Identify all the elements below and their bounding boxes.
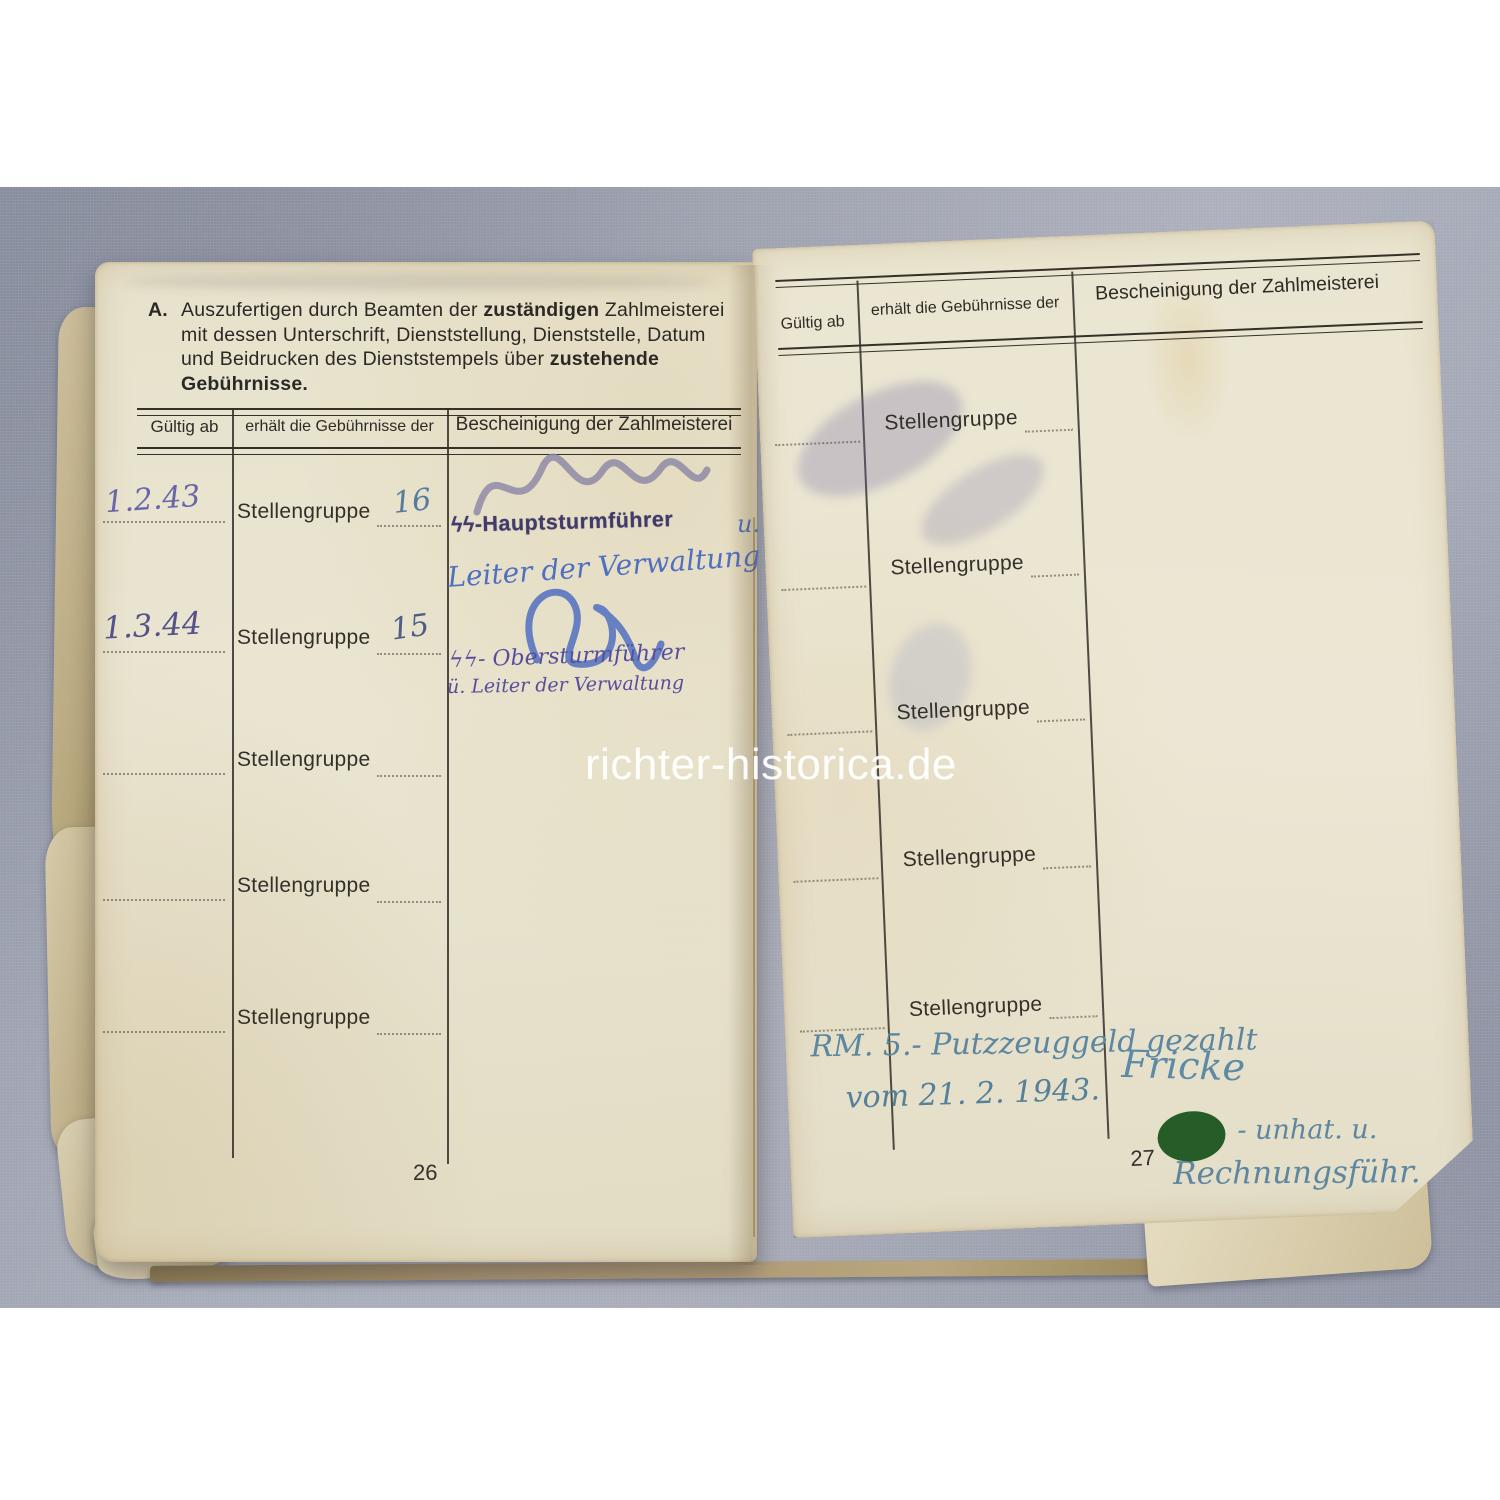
dotted-line (1049, 1014, 1097, 1019)
dotted-line (103, 1030, 225, 1033)
table-header-rule (778, 321, 1423, 356)
fold-crease (753, 517, 755, 1237)
dotted-line (1031, 573, 1079, 578)
dotted-line (377, 774, 441, 777)
watermark: richter-historica.de (585, 740, 957, 790)
column-header-bescheinigung: Bescheinigung der Zahlmeisterei (447, 414, 741, 436)
dotted-line (377, 652, 441, 655)
handwritten-title: ü. Leiter der Verwaltung (447, 672, 684, 698)
stellengruppe-label: Stellengruppe (896, 696, 1030, 726)
payment-note-line4: Rechnungsführ. (1173, 1154, 1421, 1192)
stellengruppe-label: Stellengruppe (902, 843, 1036, 873)
stellengruppe-label: Stellengruppe (909, 993, 1043, 1023)
stellengruppe-label: Stellengruppe (890, 551, 1024, 581)
stellengruppe-label: Stellengruppe (237, 626, 371, 650)
stellengruppe-label: Stellengruppe (884, 406, 1018, 436)
page-number-left: 26 (413, 1160, 437, 1186)
payment-note-line3: - unhat. u. (1237, 1114, 1377, 1146)
dotted-line (377, 524, 441, 527)
stellengruppe-label: Stellengruppe (237, 1006, 371, 1030)
column-header-gebuehrnisse: erhält die Gebührnisse der (857, 294, 1073, 321)
stellengruppe-label: Stellengruppe (237, 748, 371, 772)
column-header-bescheinigung: Bescheinigung der Zahlmeisterei (1072, 270, 1403, 307)
dotted-line (793, 876, 878, 883)
dotted-line (377, 1032, 441, 1035)
paragraph-label: A. (148, 298, 168, 323)
stellengruppe-label: Stellengruppe (237, 500, 371, 524)
dotted-line (377, 900, 441, 903)
instruction-paragraph: A. Auszufertigen durch Beamten der zustä… (148, 298, 744, 396)
column-header-gebuehrnisse: erhält die Gebührnisse der (232, 418, 447, 436)
column-divider (447, 408, 449, 1164)
stellengruppe-value: 15 (389, 608, 432, 648)
payment-note-line2: vom 21. 2. 1943. (845, 1072, 1100, 1115)
dotted-line (103, 650, 225, 653)
dotted-line (103, 898, 225, 901)
entry-date: 1.3.44 (102, 605, 202, 646)
dotted-line (103, 520, 225, 523)
ink-bleed-smudge (125, 274, 715, 290)
column-divider (1071, 272, 1109, 1139)
dotted-line (103, 772, 225, 775)
column-divider (232, 408, 234, 1158)
dotted-line (1043, 864, 1091, 869)
column-header-gueltig-ab: Gültig ab (137, 417, 232, 437)
dotted-line (781, 585, 866, 592)
page-number-right: 27 (1130, 1145, 1156, 1172)
stellengruppe-value: 16 (391, 482, 433, 521)
entry-date: 1.2.43 (104, 479, 202, 521)
dotted-line (1037, 717, 1085, 722)
dotted-line (1025, 428, 1073, 433)
photo-background: A. Auszufertigen durch Beamten der zustä… (0, 187, 1500, 1308)
payment-signature: Fricke (1121, 1042, 1246, 1089)
right-page: Gültig ab erhält die Gebührnisse der Bes… (752, 220, 1476, 1238)
dotted-line (787, 729, 872, 736)
stellengruppe-label: Stellengruppe (237, 874, 371, 898)
